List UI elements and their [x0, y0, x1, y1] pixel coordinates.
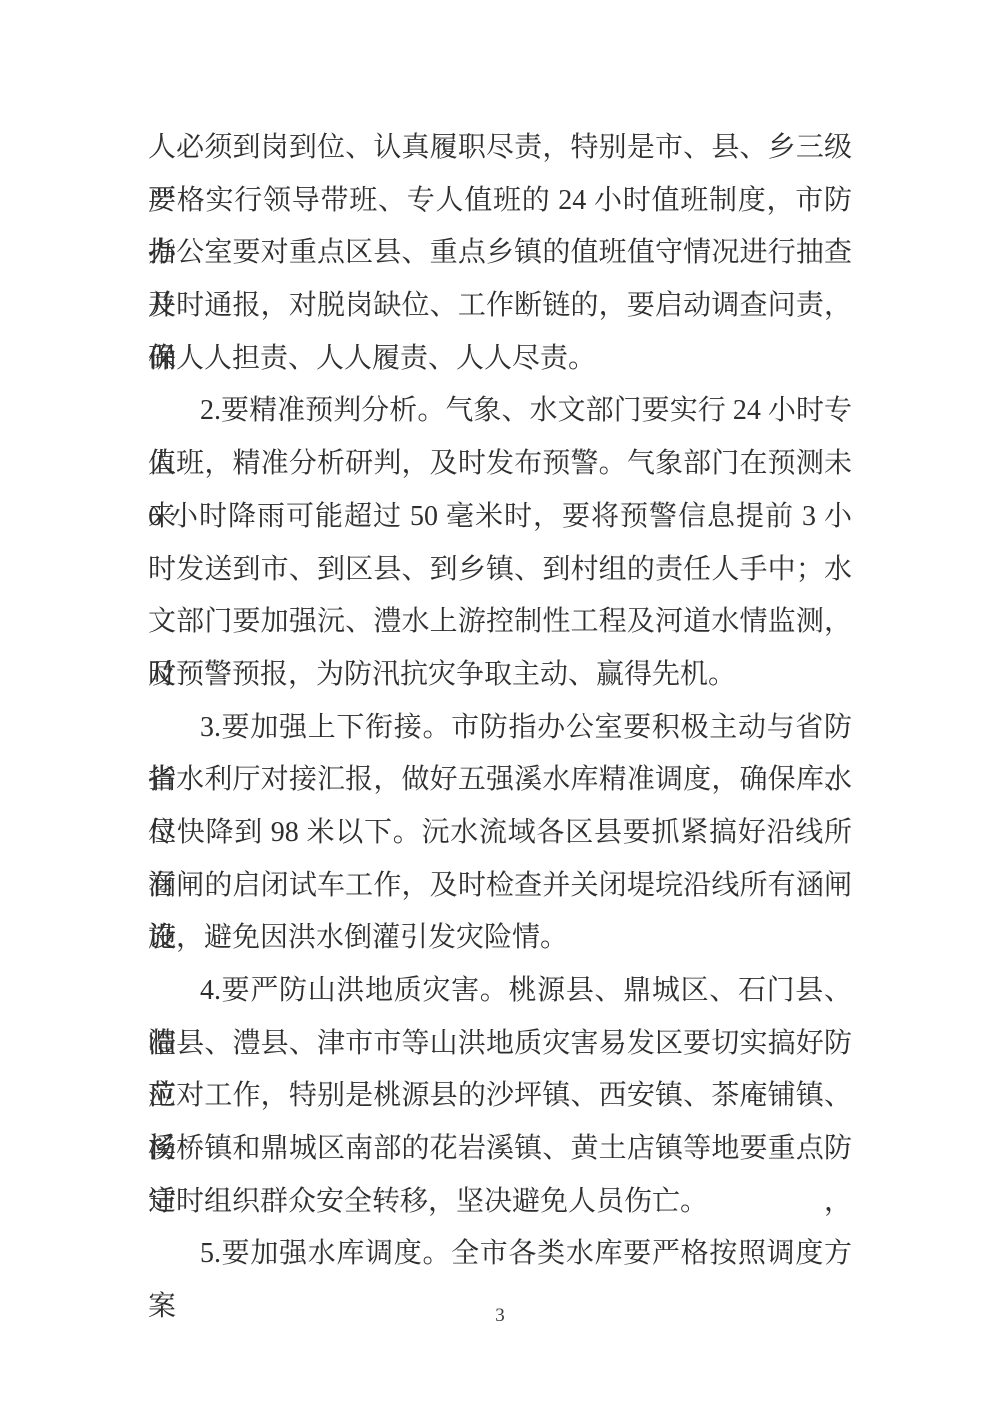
text-line: 人必须到岗到位、认真履职尽责，特别是市、县、乡三级要 [148, 122, 852, 175]
text-line: 6 小时降雨可能超过 50 毫米时，要将预警信息提前 3 小 [148, 491, 852, 544]
text-line: 保人人担责、人人履责、人人尽责。 [148, 333, 852, 386]
text-line: 时发送到市、到区县、到乡镇、到村组的责任人手中；水 [148, 544, 852, 597]
paragraph-4: 4.要严防山洪地质灾害。桃源县、鼎城区、石门县、临 澧县、澧县、津市市等山洪地质… [148, 965, 852, 1228]
text-line: 4.要严防山洪地质灾害。桃源县、鼎城区、石门县、临 [148, 965, 852, 1018]
paragraph-2: 2.要精准预判分析。气象、水文部门要实行 24 小时专人 值班，精准分析研判，及… [148, 385, 852, 701]
document-page: 人必须到岗到位、认真履职尽责，特别是市、县、乡三级要 严格实行领导带班、专人值班… [0, 0, 1000, 1415]
text-line: 省水利厅对接汇报，做好五强溪水库精准调度，确保库水位 [148, 754, 852, 807]
text-line: 应对工作，特别是桃源县的沙坪镇、西安镇、茶庵铺镇、杨 [148, 1070, 852, 1123]
text-line: 涵闸的启闭试车工作，及时检查并关闭堤垸沿线所有涵闸设 [148, 860, 852, 913]
document-body: 人必须到岗到位、认真履职尽责，特别是市、县、乡三级要 严格实行领导带班、专人值班… [148, 122, 852, 1281]
text-line: 值班，精准分析研判，及时发布预警。气象部门在预测未来 [148, 438, 852, 491]
paragraph-3: 3.要加强上下衔接。市防指办公室要积极主动与省防指、 省水利厅对接汇报，做好五强… [148, 702, 852, 965]
text-line: 严格实行领导带班、专人值班的 24 小时值班制度，市防指 [148, 175, 852, 228]
text-line: 溪桥镇和鼎城区南部的花岩溪镇、黄土店镇等地要重点防守， [148, 1123, 852, 1176]
text-line: 施，避免因洪水倒灌引发灾险情。 [148, 912, 852, 965]
page-number: 3 [0, 1303, 1000, 1329]
text-line: 澧县、澧县、津市市等山洪地质灾害易发区要切实搞好防范 [148, 1018, 852, 1071]
text-line: 尽快降到 98 米以下。沅水流域各区县要抓紧搞好沿线所有 [148, 807, 852, 860]
text-line: 办公室要对重点区县、重点乡镇的值班值守情况进行抽查并 [148, 227, 852, 280]
text-line: 时预警预报，为防汛抗灾争取主动、赢得先机。 [148, 649, 852, 702]
paragraph-5: 5.要加强水库调度。全市各类水库要严格按照调度方案 [148, 1228, 852, 1281]
text-line: 及时通报，对脱岗缺位、工作断链的，要启动调查问责，确 [148, 280, 852, 333]
paragraph-1: 人必须到岗到位、认真履职尽责，特别是市、县、乡三级要 严格实行领导带班、专人值班… [148, 122, 852, 385]
text-line: 5.要加强水库调度。全市各类水库要严格按照调度方案 [148, 1228, 852, 1281]
text-line: 文部门要加强沅、澧水上游控制性工程及河道水情监测，及 [148, 596, 852, 649]
text-line: 2.要精准预判分析。气象、水文部门要实行 24 小时专人 [148, 385, 852, 438]
text-line: 3.要加强上下衔接。市防指办公室要积极主动与省防指、 [148, 702, 852, 755]
